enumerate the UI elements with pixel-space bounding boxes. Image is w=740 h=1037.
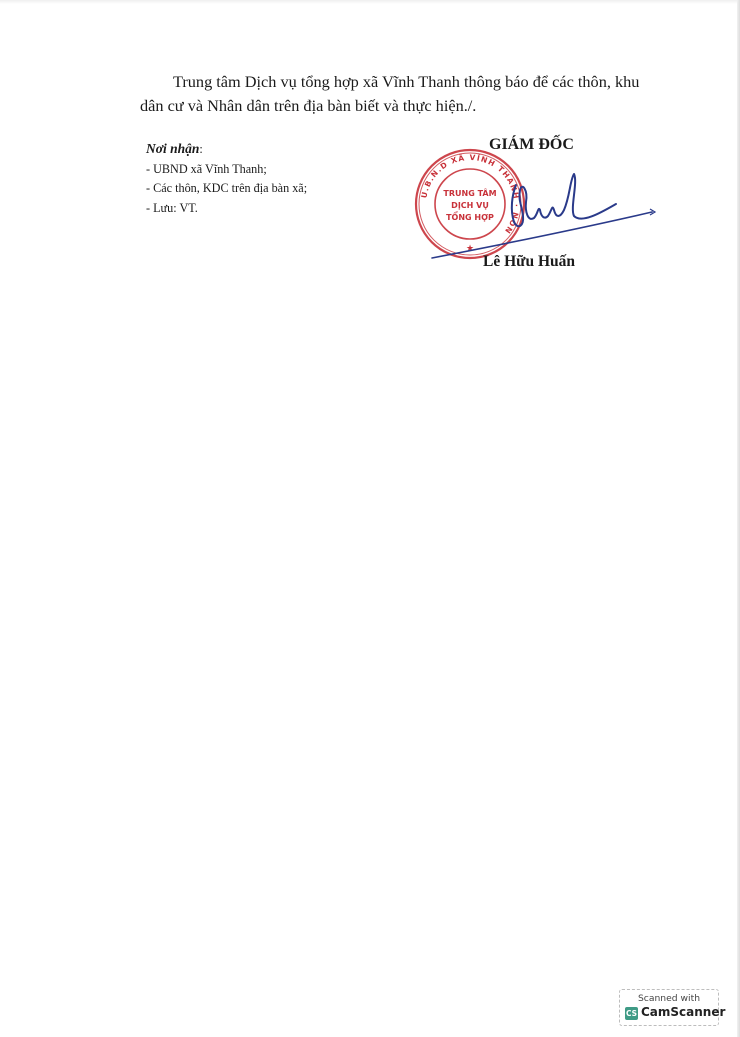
handwritten-signature <box>424 160 664 265</box>
camscanner-watermark: Scanned with CS CamScanner <box>619 989 719 1026</box>
recipients-block: Nơi nhận: - UBND xã Vĩnh Thanh; - Các th… <box>146 139 307 218</box>
closing-paragraph-line-1: Trung tâm Dịch vụ tổng hợp xã Vĩnh Thanh… <box>140 70 685 94</box>
watermark-brand-text: CamScanner <box>641 1005 725 1019</box>
closing-paragraph: Trung tâm Dịch vụ tổng hợp xã Vĩnh Thanh… <box>140 70 685 118</box>
recipient-item: - UBND xã Vĩnh Thanh; <box>146 160 307 180</box>
camscanner-logo-icon: CS <box>625 1007 638 1020</box>
page-top-edge <box>0 0 740 4</box>
recipients-heading-row: Nơi nhận: <box>146 139 307 160</box>
recipients-heading: Nơi nhận <box>146 141 199 156</box>
recipient-item: - Các thôn, KDC trên địa bàn xã; <box>146 179 307 199</box>
recipients-heading-colon: : <box>199 142 202 156</box>
recipient-item: - Lưu: VT. <box>146 199 307 219</box>
watermark-top-text: Scanned with <box>620 993 718 1004</box>
signer-name: Lê Hữu Huấn <box>483 253 575 271</box>
closing-paragraph-line-2: dân cư và Nhân dân trên địa bàn biết và … <box>140 94 685 118</box>
